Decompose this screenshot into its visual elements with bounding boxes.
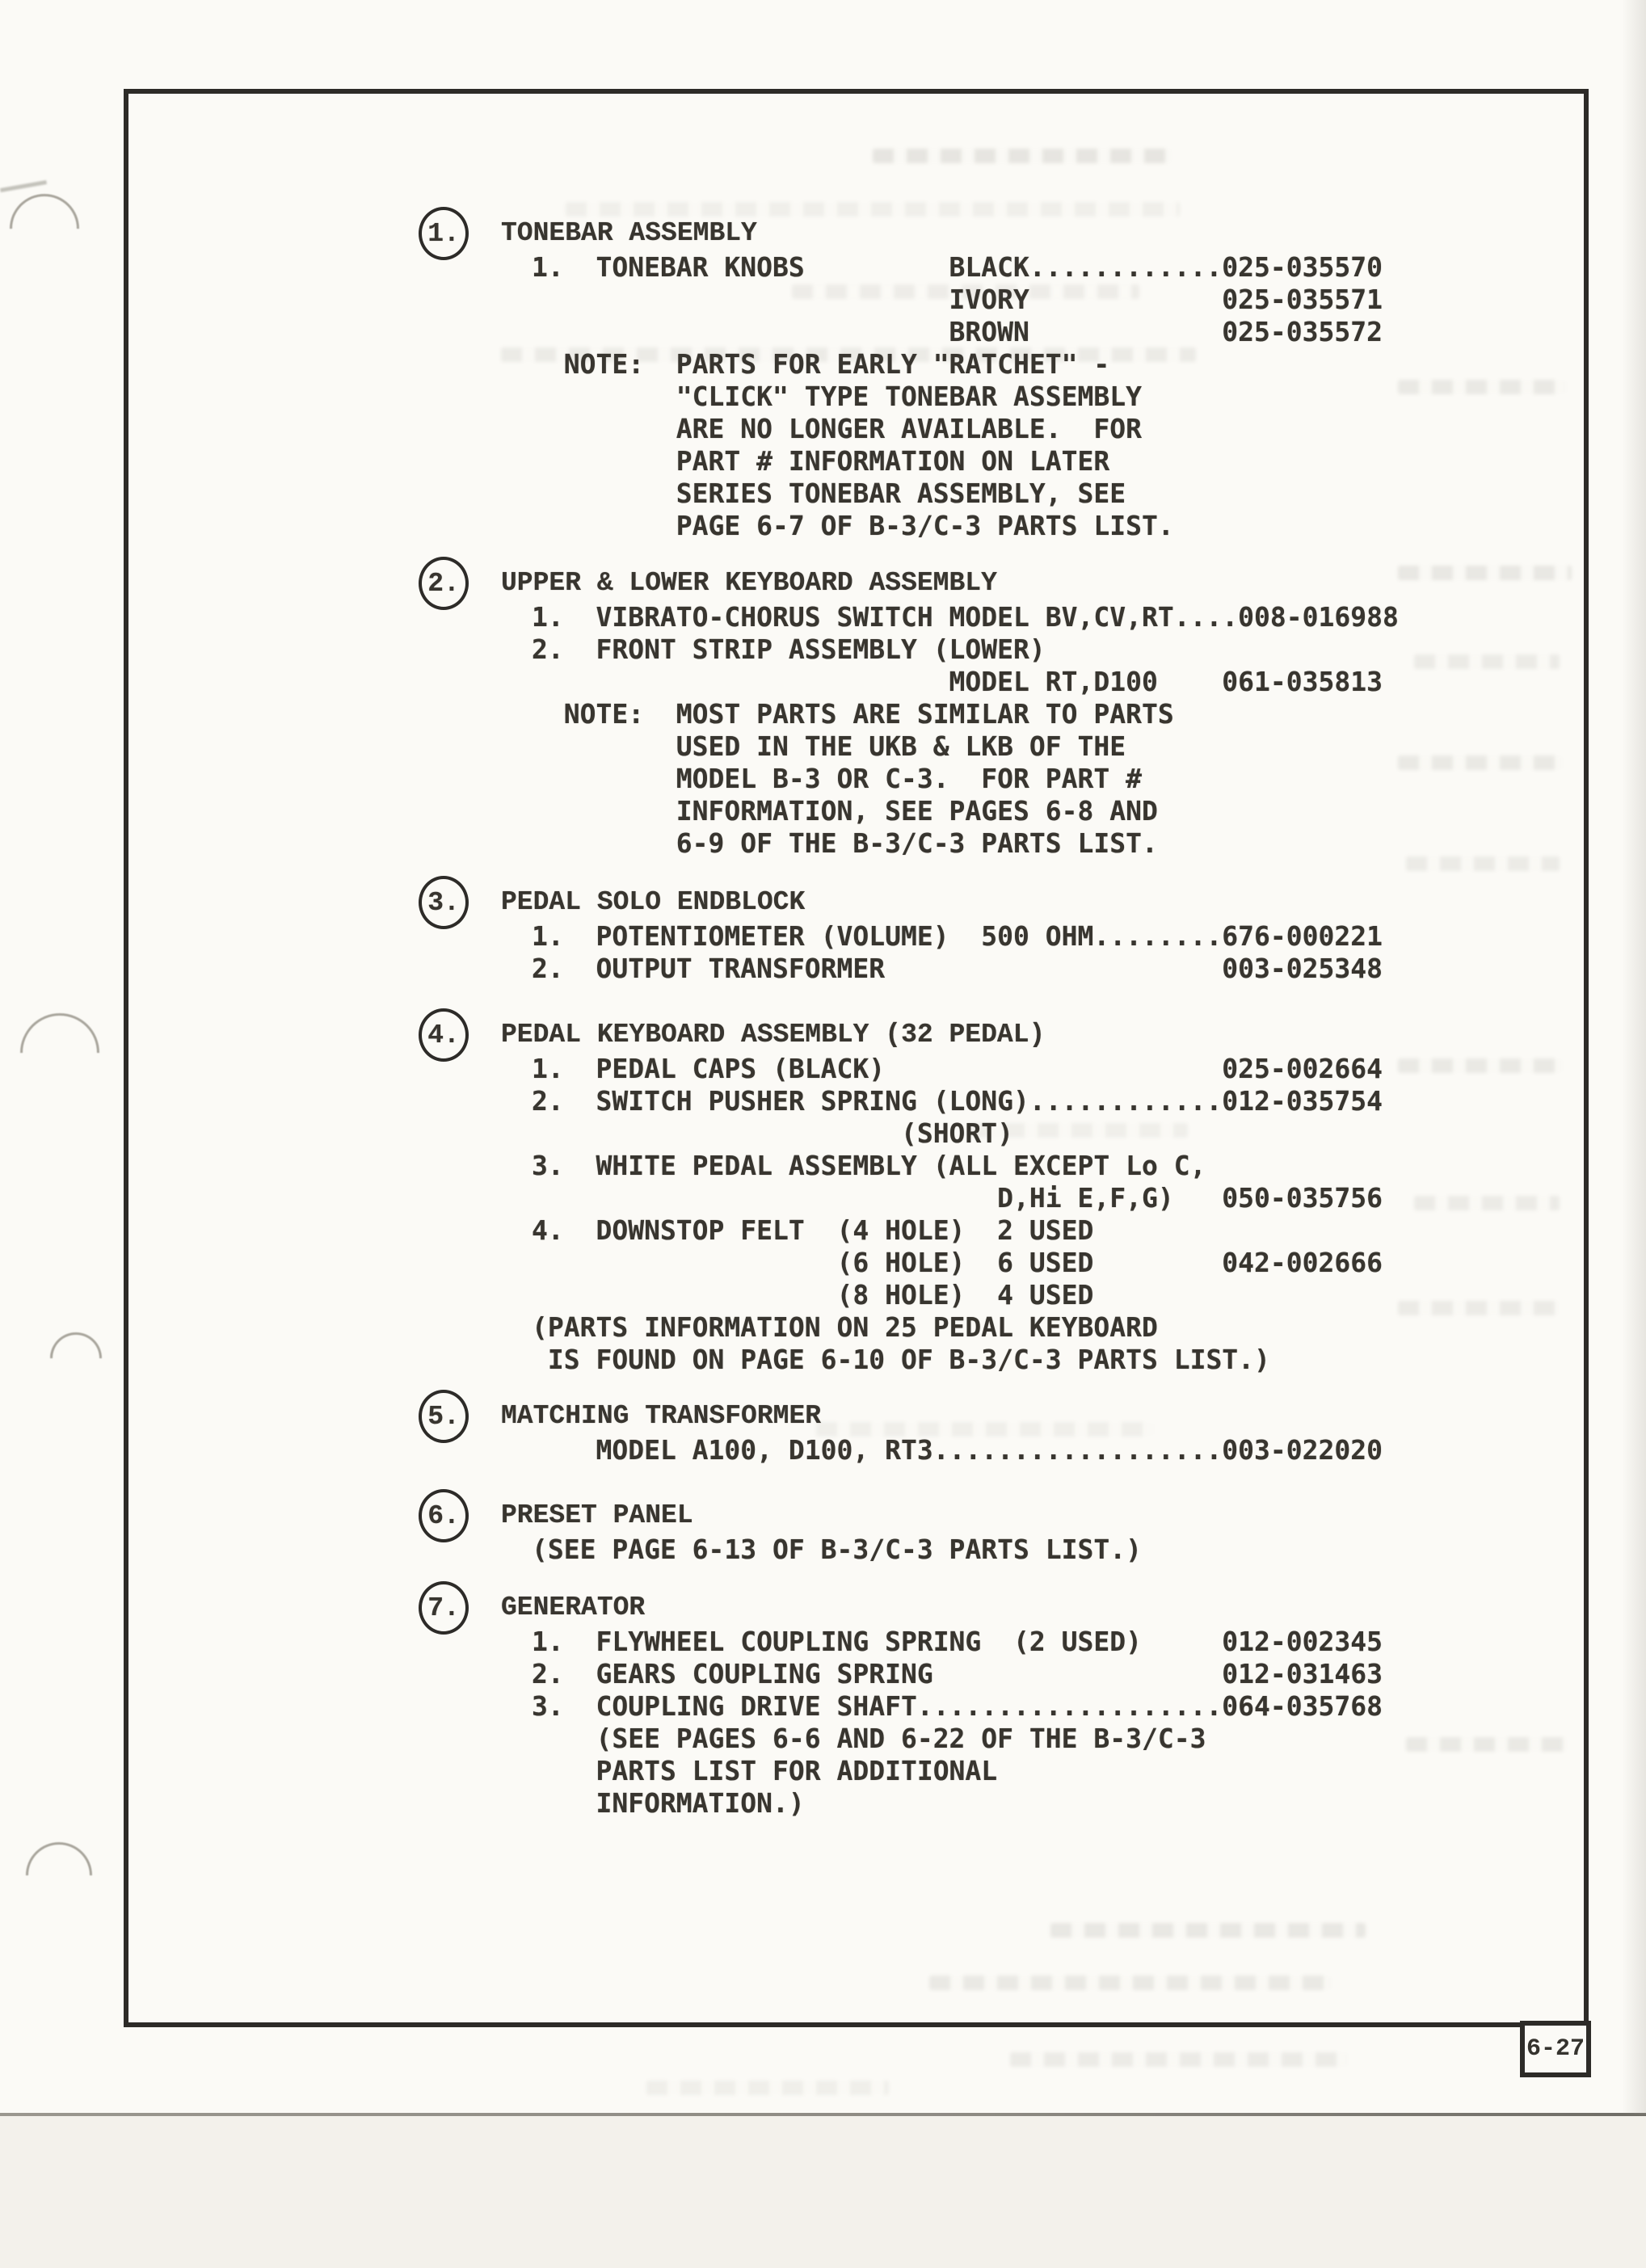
section-body: MODEL A100, D100, RT3..................0…	[532, 1434, 1383, 1466]
section-body: 1. POTENTIOMETER (VOLUME) 500 OHM.......…	[532, 920, 1383, 985]
section-body: 1. PEDAL CAPS (BLACK) 025-002664 2. SWIT…	[532, 1053, 1383, 1376]
section-title: PEDAL SOLO ENDBLOCK	[501, 886, 805, 919]
section-number-badge: 3.	[419, 876, 469, 929]
bleed-through-ghost	[1010, 2052, 1349, 2067]
scan-edge-shadow	[1622, 0, 1646, 2114]
section-number: 4.	[427, 1020, 460, 1050]
section-number: 2.	[427, 569, 460, 599]
section-number: 3.	[427, 888, 460, 918]
section-title: MATCHING TRANSFORMER	[501, 1400, 821, 1433]
section-number: 1.	[427, 219, 460, 249]
section-number-badge: 4.	[419, 1008, 469, 1062]
section-number: 7.	[427, 1593, 460, 1623]
section-number-badge: 7.	[419, 1581, 469, 1635]
page-bottom-edge	[0, 2113, 1646, 2116]
section-number-badge: 5.	[419, 1390, 469, 1443]
underlying-sheet	[0, 2116, 1646, 2268]
page-number-box: 6-27	[1520, 2021, 1591, 2077]
section-title: GENERATOR	[501, 1592, 645, 1624]
section-title: PRESET PANEL	[501, 1500, 693, 1532]
bleed-through-ghost	[646, 2081, 889, 2095]
section-number: 5.	[427, 1402, 460, 1432]
section-title: UPPER & LOWER KEYBOARD ASSEMBLY	[501, 567, 997, 600]
section-title: TONEBAR ASSEMBLY	[501, 217, 757, 250]
section-number: 6.	[427, 1501, 460, 1531]
section-number-badge: 6.	[419, 1489, 469, 1542]
section-body: 1. TONEBAR KNOBS BLACK............025-03…	[532, 251, 1383, 542]
section-body: 1. VIBRATO-CHORUS SWITCH MODEL BV,CV,RT.…	[532, 601, 1399, 860]
section-body: 1. FLYWHEEL COUPLING SPRING (2 USED) 012…	[532, 1626, 1383, 1820]
section-body: (SEE PAGE 6-13 OF B-3/C-3 PARTS LIST.)	[532, 1534, 1142, 1566]
page-number: 6-27	[1526, 2035, 1585, 2063]
section-title: PEDAL KEYBOARD ASSEMBLY (32 PEDAL)	[501, 1019, 1045, 1051]
section-number-badge: 1.	[419, 207, 469, 260]
section-number-badge: 2.	[419, 557, 469, 610]
